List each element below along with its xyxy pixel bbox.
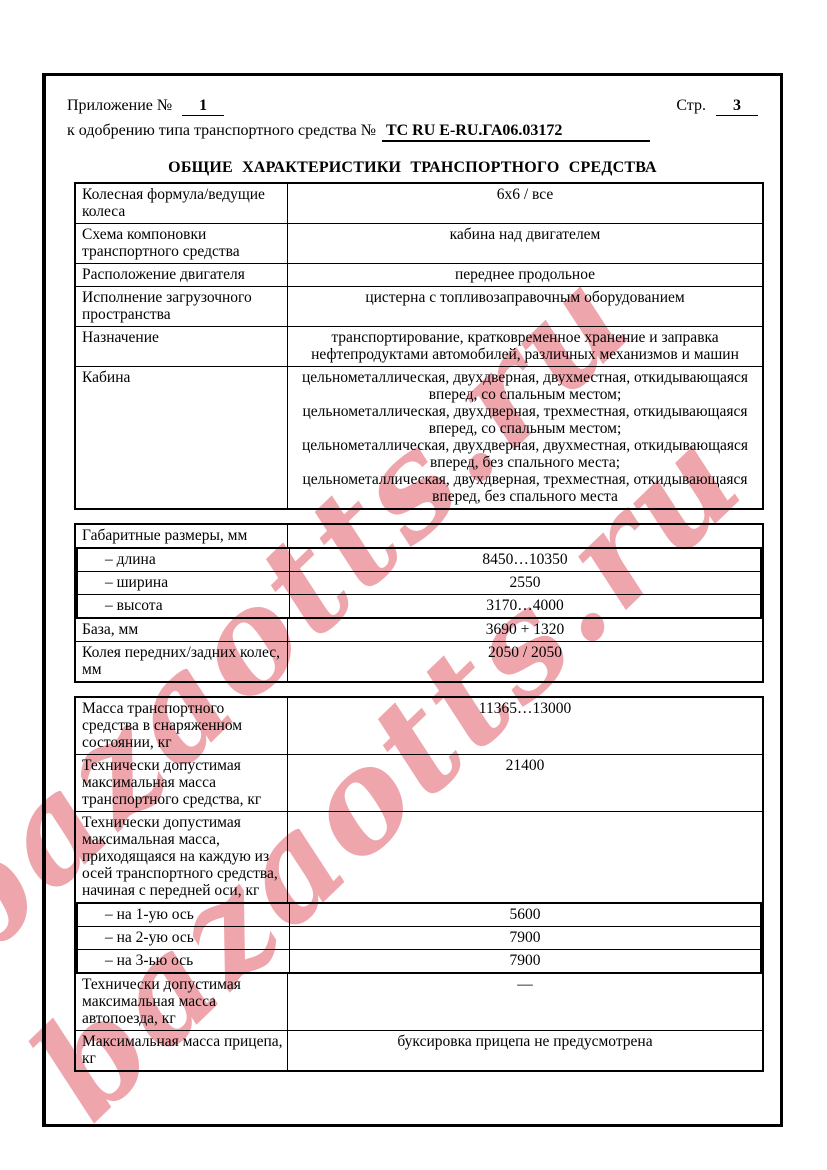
row-label: Расположение двигателя — [76, 264, 288, 286]
table-row: – на 1-ую ось5600 — [76, 902, 762, 926]
table-row: Максимальная масса прицепа, кгбуксировка… — [76, 1030, 762, 1070]
row-value-line: цельнометаллическая, двухдверная, трехме… — [296, 403, 754, 437]
table-row: База, мм3690 + 1320 — [76, 619, 762, 641]
appendix-label: Приложение № — [67, 97, 172, 114]
row-label: Максимальная масса прицепа, кг — [76, 1031, 288, 1070]
row-label: Колесная формула/ведущие колеса — [76, 184, 288, 223]
table-general-characteristics: Колесная формула/ведущие колеса6х6 / все… — [74, 182, 764, 510]
header-line-1: Приложение № 1 Стр. 3 — [67, 97, 758, 116]
row-value: 2050 / 2050 — [288, 642, 762, 681]
table-row: Габаритные размеры, мм — [76, 525, 762, 547]
table-row: Назначениетранспортирование, кратковреме… — [76, 326, 762, 366]
row-label: Технически допустимая максимальная масса… — [76, 812, 288, 902]
row-value — [288, 812, 762, 902]
approval-line: к одобрению типа транспортного средства … — [67, 122, 758, 142]
row-label: – на 1-ую ось — [78, 904, 290, 926]
page-number-line: Стр. 3 — [676, 97, 758, 116]
row-label: – высота — [78, 595, 290, 617]
row-value-line: цельнометаллическая, двухдверная, трехме… — [296, 471, 754, 505]
row-label: Технически допустимая максимальная масса… — [76, 755, 288, 811]
appendix-line: Приложение № 1 — [67, 97, 224, 116]
row-value: 21400 — [288, 755, 762, 811]
row-label: – длина — [78, 549, 290, 571]
table-row: – на 3-ью ось7900 — [76, 949, 762, 974]
row-value: 11365…13000 — [288, 698, 762, 754]
row-label: – на 3-ью ось — [78, 950, 290, 972]
row-value: 7900 — [290, 950, 760, 972]
row-value: 3690 + 1320 — [288, 619, 762, 641]
table-dimensions: Габаритные размеры, мм– длина8450…10350–… — [74, 523, 764, 683]
table-row: Технически допустимая максимальная масса… — [76, 811, 762, 902]
page-content: Приложение № 1 Стр. 3 к одобрению типа т… — [46, 76, 780, 1072]
table-row: Колесная формула/ведущие колеса6х6 / все — [76, 184, 762, 223]
table-row: Расположение двигателяпереднее продольно… — [76, 263, 762, 286]
row-label: Габаритные размеры, мм — [76, 525, 288, 547]
approval-number: ТС RU E-RU.ГА06.03172 — [382, 122, 650, 142]
page-label: Стр. — [676, 97, 706, 114]
table-row: Колея передних/задних колес, мм2050 / 20… — [76, 641, 762, 681]
row-label: Масса транспортного средства в снаряженн… — [76, 698, 288, 754]
row-label: Колея передних/задних колес, мм — [76, 642, 288, 681]
row-label: Исполнение загрузочного пространства — [76, 287, 288, 326]
approval-label: к одобрению типа транспортного средства … — [67, 122, 376, 139]
row-label: База, мм — [76, 619, 288, 641]
row-value: цельнометаллическая, двухдверная, двухме… — [288, 367, 762, 508]
appendix-number: 1 — [182, 97, 224, 116]
row-value: 5600 — [290, 904, 760, 926]
table-row: – высота3170…4000 — [76, 594, 762, 619]
table-masses: Масса транспортного средства в снаряженн… — [74, 696, 764, 1072]
row-value-line: цельнометаллическая, двухдверная, двухме… — [296, 437, 754, 471]
row-value — [288, 525, 762, 547]
table-row: Кабинацельнометаллическая, двухдверная, … — [76, 366, 762, 508]
table-row: Масса транспортного средства в снаряженн… — [76, 698, 762, 754]
table-row: Исполнение загрузочного пространствацист… — [76, 286, 762, 326]
row-value: переднее продольное — [288, 264, 762, 286]
table-row: Схема компоновки транспортного средствак… — [76, 223, 762, 263]
row-value: — — [288, 974, 762, 1030]
row-label: Кабина — [76, 367, 288, 508]
table-row: Технически допустимая максимальная масса… — [76, 974, 762, 1030]
row-label: Назначение — [76, 327, 288, 366]
row-value-line: цельнометаллическая, двухдверная, двухме… — [296, 369, 754, 403]
row-value: 3170…4000 — [290, 595, 760, 617]
row-label: – ширина — [78, 572, 290, 594]
row-label: Технически допустимая максимальная масса… — [76, 974, 288, 1030]
row-value: 2550 — [290, 572, 760, 594]
row-value: буксировка прицепа не предусмотрена — [288, 1031, 762, 1070]
row-value: 6х6 / все — [288, 184, 762, 223]
table-row: – на 2-ую ось7900 — [76, 926, 762, 949]
row-label: Схема компоновки транспортного средства — [76, 224, 288, 263]
table-row: Технически допустимая максимальная масса… — [76, 754, 762, 811]
row-value: кабина над двигателем — [288, 224, 762, 263]
row-value: 7900 — [290, 927, 760, 949]
page-number: 3 — [716, 97, 758, 116]
row-value: 8450…10350 — [290, 549, 760, 571]
table-row: – длина8450…10350 — [76, 547, 762, 571]
row-value: цистерна с топливозаправочным оборудован… — [288, 287, 762, 326]
document-title: ОБЩИЕ ХАРАКТЕРИСТИКИ ТРАНСПОРТНОГО СРЕДС… — [67, 159, 758, 176]
page-frame: Приложение № 1 Стр. 3 к одобрению типа т… — [42, 73, 783, 1127]
table-row: – ширина2550 — [76, 571, 762, 594]
row-value: транспортирование, кратковременное хране… — [288, 327, 762, 366]
row-label: – на 2-ую ось — [78, 927, 290, 949]
